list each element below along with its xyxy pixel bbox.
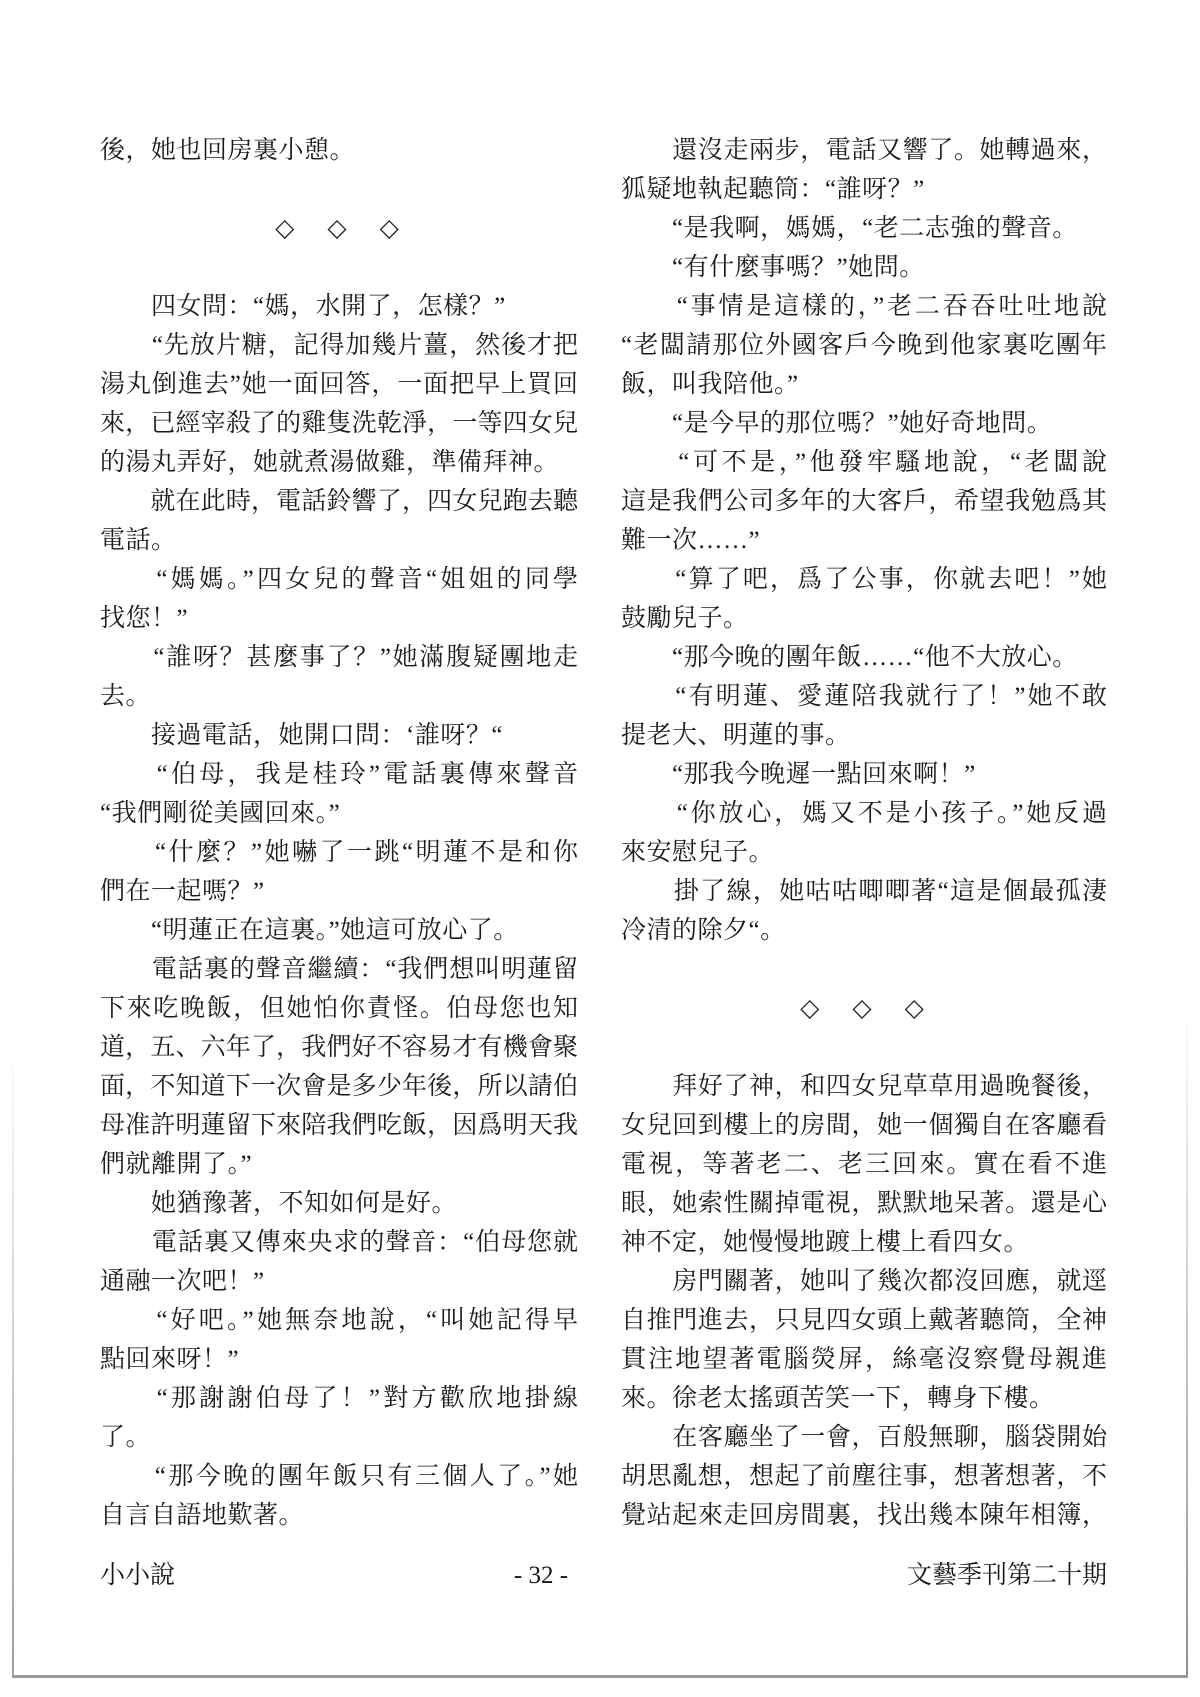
text-line: 們在一起嗎？”: [100, 872, 578, 911]
text-line: 面，不知道下一次會是多少年後，所以請伯: [100, 1067, 578, 1106]
text-line: 來，已經宰殺了的雞隻洗乾淨，一等四女兒: [100, 404, 578, 443]
footer-page-number: - 32 -: [514, 1556, 568, 1595]
page-edge-bottom: [12, 1675, 1188, 1678]
text-line: “先放片糖，記得加幾片薑，然後才把: [100, 326, 578, 365]
text-line: 後，她也回房裏小憩。: [100, 131, 578, 170]
text-line: 提老大、明蓮的事。: [621, 716, 1107, 755]
text-line: “我們剛從美國回來。”: [100, 794, 578, 833]
text-line: “可不是，”他發牢騷地說，“老闆說: [621, 443, 1107, 482]
text-line: 找您！”: [100, 599, 578, 638]
text-line: “媽媽。”四女兒的聲音“姐姐的同學: [100, 560, 578, 599]
text-line: 自言自語地歎著。: [100, 1496, 578, 1535]
text-line: 電話裏的聲音繼續：“我們想叫明蓮留: [100, 950, 578, 989]
text-line: “有明蓮、愛蓮陪我就行了！”她不敢: [621, 677, 1107, 716]
left-text-column: 後，她也回房裏小憩。◇ ◇ ◇ 四女問：“媽，水開了，怎樣？” “先放片糖，記得…: [100, 131, 578, 1535]
text-line: 冷清的除夕“。: [621, 911, 1107, 950]
text-line: “是今早的那位嗎？”她好奇地問。: [621, 404, 1107, 443]
text-line: 還沒走兩步，電話又響了。她轉過來，: [621, 131, 1107, 170]
text-line: 接過電話，她開口問：‘誰呀？“: [100, 716, 578, 755]
text-line: “老闆請那位外國客戶今晚到他家裏吃團年: [621, 326, 1107, 365]
text-line: “那我今晚遲一點回來啊！”: [621, 755, 1107, 794]
footer-section-label: 小小說: [100, 1556, 175, 1595]
text-line: 鼓勵兒子。: [621, 599, 1107, 638]
section-separator: ◇ ◇ ◇: [100, 209, 578, 248]
text-line: “那今晚的團年飯……“他不大放心。: [621, 638, 1107, 677]
text-line: 們就離開了。”: [100, 1145, 578, 1184]
text-line: 眼，她索性關掉電視，默默地呆著。還是心: [621, 1184, 1107, 1223]
text-line: 神不定，她慢慢地踱上樓上看四女。: [621, 1223, 1107, 1262]
text-line: 女兒回到樓上的房間，她一個獨自在客廳看: [621, 1106, 1107, 1145]
text-line: 電視，等著老二、老三回來。實在看不進: [621, 1145, 1107, 1184]
text-line: 電話。: [100, 521, 578, 560]
text-line: 了。: [100, 1418, 578, 1457]
text-line: 這是我們公司多年的大客戶，希望我勉爲其: [621, 482, 1107, 521]
text-line: 的湯丸弄好，她就煮湯做雞，準備拜神。: [100, 443, 578, 482]
text-line: 飯，叫我陪他。”: [621, 365, 1107, 404]
text-line: 拜好了神，和四女兒草草用過晚餐後，: [621, 1067, 1107, 1106]
text-line: 貫注地望著電腦熒屏，絲毫沒察覺母親進: [621, 1340, 1107, 1379]
right-text-column: 還沒走兩步，電話又響了。她轉過來，狐疑地執起聽筒：“誰呀？” “是我啊，媽媽，“…: [621, 131, 1107, 1535]
text-line: 下來吃晚飯，但她怕你責怪。伯母您也知: [100, 989, 578, 1028]
text-line: “明蓮正在這裏。”她這可放心了。: [100, 911, 578, 950]
page-edge-right: [1186, 1000, 1188, 1677]
text-line: “什麼？”她嚇了一跳“明蓮不是和你: [100, 833, 578, 872]
text-line: 房門關著，她叫了幾次都沒回應，就逕: [621, 1262, 1107, 1301]
text-line: “有什麼事嗎？”她問。: [621, 248, 1107, 287]
text-line: “那今晚的團年飯只有三個人了。”她: [100, 1457, 578, 1496]
text-line: 四女問：“媽，水開了，怎樣？”: [100, 287, 578, 326]
text-line: “誰呀？甚麼事了？”她滿腹疑團地走: [100, 638, 578, 677]
text-line: 在客廳坐了一會，百般無聊，腦袋開始: [621, 1418, 1107, 1457]
text-line: 來安慰兒子。: [621, 833, 1107, 872]
text-line: 她猶豫著，不知如何是好。: [100, 1184, 578, 1223]
text-line: 去。: [100, 677, 578, 716]
text-line: 掛了線，她咕咕唧唧著“這是個最孤淒: [621, 872, 1107, 911]
text-line: 自推門進去，只見四女頭上戴著聽筒，全神: [621, 1301, 1107, 1340]
text-line: 覺站起來走回房間裏，找出幾本陳年相簿，: [621, 1496, 1107, 1535]
text-line: 電話裏又傳來央求的聲音：“伯母您就: [100, 1223, 578, 1262]
page-edge-left: [12, 1040, 14, 1677]
text-line: 點回來呀！”: [100, 1340, 578, 1379]
text-line: 來。徐老太搖頭苦笑一下，轉身下樓。: [621, 1379, 1107, 1418]
text-line: 胡思亂想，想起了前塵往事，想著想著，不: [621, 1457, 1107, 1496]
text-line: 湯丸倒進去”她一面回答，一面把早上買回: [100, 365, 578, 404]
text-line: 通融一次吧！”: [100, 1262, 578, 1301]
text-line: “伯母，我是桂玲”電話裏傳來聲音: [100, 755, 578, 794]
footer-issue-label: 文藝季刊第二十期: [907, 1556, 1107, 1595]
text-line: “算了吧，爲了公事，你就去吧！”她: [621, 560, 1107, 599]
text-line: 母准許明蓮留下來陪我們吃飯，因爲明天我: [100, 1106, 578, 1145]
text-line: “你放心，媽又不是小孩子。”她反過: [621, 794, 1107, 833]
text-line: 就在此時，電話鈴響了，四女兒跑去聽: [100, 482, 578, 521]
magazine-page: 後，她也回房裏小憩。◇ ◇ ◇ 四女問：“媽，水開了，怎樣？” “先放片糖，記得…: [0, 0, 1200, 1697]
page-footer: 小小說 - 32 - 文藝季刊第二十期: [100, 1556, 1107, 1595]
text-line: “好吧。”她無奈地說，“叫她記得早: [100, 1301, 578, 1340]
text-line: 難一次……”: [621, 521, 1107, 560]
text-line: 狐疑地執起聽筒：“誰呀？”: [621, 170, 1107, 209]
text-line: 道，五、六年了，我們好不容易才有機會聚: [100, 1028, 578, 1067]
text-line: “那謝謝伯母了！”對方歡欣地掛線: [100, 1379, 578, 1418]
section-separator: ◇ ◇ ◇: [621, 989, 1107, 1028]
text-line: “是我啊，媽媽，“老二志強的聲音。: [621, 209, 1107, 248]
text-line: “事情是這樣的，”老二吞吞吐吐地說: [621, 287, 1107, 326]
